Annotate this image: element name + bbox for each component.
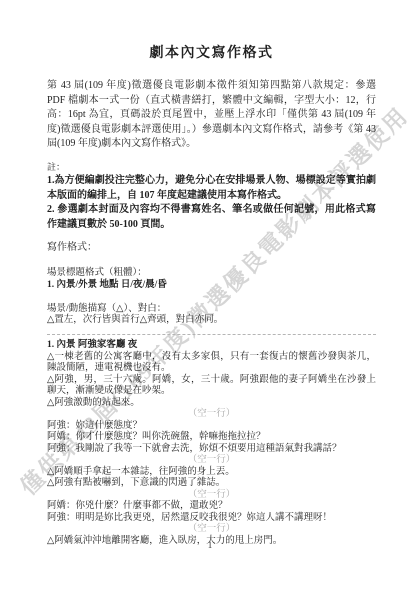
script-line: 阿嬌：你兇什麼？什麼事都不做，還敢兇？ xyxy=(47,501,376,513)
action-format-block: 場景/動態描寫（△）、對白： △置左，次行皆與首行△齊頭，對白亦同。 xyxy=(47,304,376,328)
script-line: （空一行） xyxy=(47,455,376,467)
script-line: 阿強：妳這什麼態度？ xyxy=(47,421,376,433)
script-line: △阿強激動的站起來。 xyxy=(47,398,376,410)
script-line: △阿嬌順手拿起一本雜誌，往阿強的身上丟。 xyxy=(47,467,376,479)
document-content: 劇本內文寫作格式 第 43 屆(109 年度)徵選優良電影劇本徵件須知第四點第八… xyxy=(47,38,376,547)
script-line: 阿強：明明是妳比我更兇，居然還反咬我很兇？妳這人講不講理呀！ xyxy=(47,513,376,525)
note-item: 1.為方便編劇投注完整心力，避免分心在安排場景人物、場標設定等實拍劇本版面的編排… xyxy=(47,174,376,203)
script-line: （空一行） xyxy=(47,524,376,536)
document-page: 僅供第43屆(109年度)徵選優良電影劇本評選使用 劇本內文寫作格式 第 43 … xyxy=(0,0,420,593)
script-line: 阿嬌：你才什麼態度？叫你洗碗盤，幹嘛拖拖拉拉？ xyxy=(47,432,376,444)
document-title: 劇本內文寫作格式 xyxy=(47,42,376,62)
script-line: △一棟老舊的公寓客廳中，沒有太多家俱，只有一套復古的懷舊沙發與茶几，陳設簡陋，連… xyxy=(47,352,376,375)
scene-heading: 1. 內景 阿強家客廳 夜 xyxy=(47,340,376,352)
action-format-example: △置左，次行皆與首行△齊頭，對白亦同。 xyxy=(47,315,376,327)
intro-paragraph: 第 43 屆(109 年度)徵選優良電影劇本徵件須知第四點第八款規定：參選 PD… xyxy=(47,79,376,152)
script-lines: △一棟老舊的公寓客廳中，沒有太多家俱，只有一套復古的懷舊沙發與茶几，陳設簡陋，連… xyxy=(47,352,376,548)
script-line: （空一行） xyxy=(47,490,376,502)
action-format-label: 場景/動態描寫（△）、對白： xyxy=(47,304,376,316)
scene-title-format-label: 場景標題格式（粗體）： xyxy=(47,268,376,280)
script-line: △阿強有點被嚇到，下意識的閃過了雜誌。 xyxy=(47,478,376,490)
dashed-divider xyxy=(47,334,376,335)
script-line: △阿強，男，三十六歲。阿嬌，女，三十歲。阿強跟他的妻子阿嬌坐在沙發上聊天，漸漸變… xyxy=(47,375,376,398)
notes-label: 註： xyxy=(47,160,376,175)
notes-list: 1.為方便編劇投注完整心力，避免分心在安排場景人物、場標設定等實拍劇本版面的編排… xyxy=(47,174,376,232)
script-line: （空一行） xyxy=(47,409,376,421)
page-number: 1 xyxy=(0,540,420,550)
scene-title-format-block: 場景標題格式（粗體）： 1. 內景/外景 地點 日/夜/晨/昏 xyxy=(47,268,376,292)
scene-title-format-example: 1. 內景/外景 地點 日/夜/晨/昏 xyxy=(47,280,376,292)
script-line: 阿強：我剛說了我等一下就會去洗，妳煩不煩要用這種語氣對我講話？ xyxy=(47,444,376,456)
note-item: 2. 參選劇本封面及內容均不得書寫姓名、筆名或做任何記號，用此格式寫作建議頁數於… xyxy=(47,203,376,232)
format-section-heading: 寫作格式： xyxy=(47,241,376,256)
